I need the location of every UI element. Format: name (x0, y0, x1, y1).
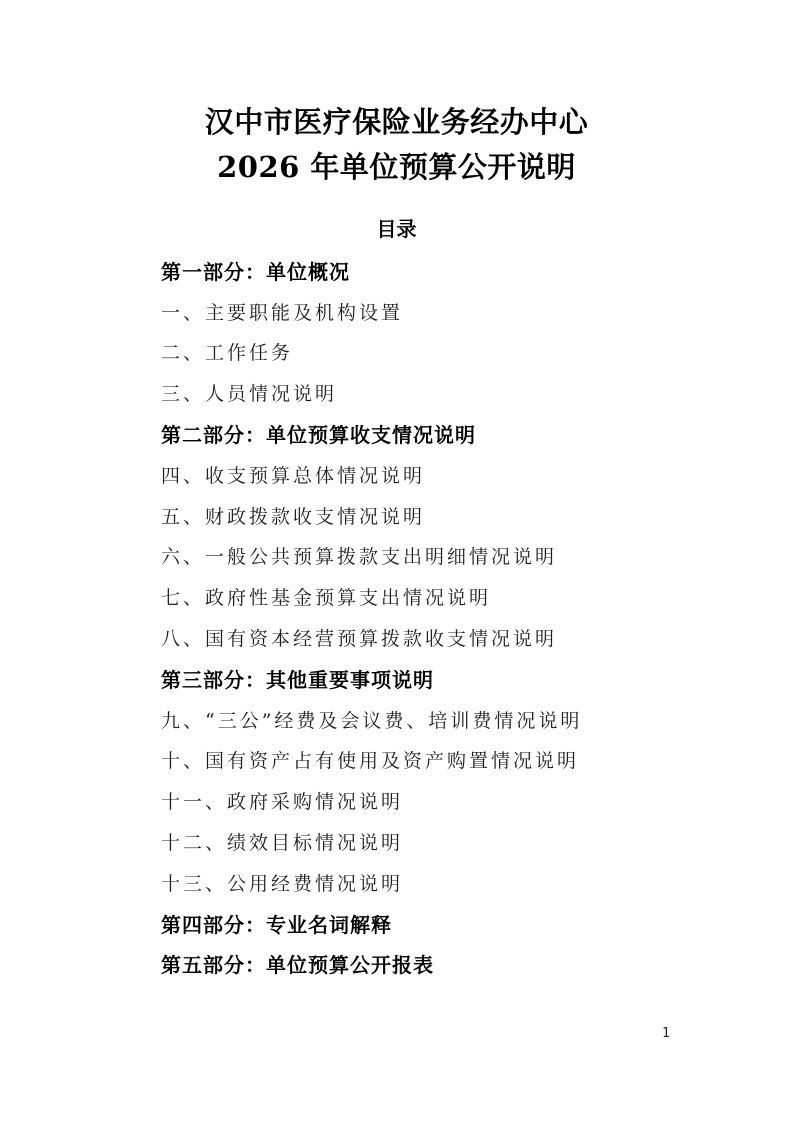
toc-section-part1: 第一部分：单位概况 (161, 250, 793, 291)
toc-item-10: 十、国有资产占有使用及资产购置情况说明 (161, 740, 793, 781)
toc-item-7: 七、政府性基金预算支出情况说明 (161, 576, 793, 617)
toc-item-3: 三、人员情况说明 (161, 372, 793, 413)
table-of-contents: 第一部分：单位概况 一、主要职能及机构设置 二、工作任务 三、人员情况说明 第二… (161, 250, 793, 984)
toc-item-1: 一、主要职能及机构设置 (161, 291, 793, 332)
toc-item-13: 十三、公用经费情况说明 (161, 862, 793, 903)
title-line-2: 2026 年单位预算公开说明 (0, 145, 793, 190)
toc-item-9: 九、“三公”经费及会议费、培训费情况说明 (161, 699, 793, 740)
toc-item-5: 五、财政拨款收支情况说明 (161, 495, 793, 536)
toc-item-2: 二、工作任务 (161, 332, 793, 373)
toc-item-11: 十一、政府采购情况说明 (161, 780, 793, 821)
document-page: 汉中市医疗保险业务经办中心 2026 年单位预算公开说明 目录 第一部分：单位概… (0, 0, 793, 1122)
document-title: 汉中市医疗保险业务经办中心 2026 年单位预算公开说明 (0, 0, 793, 190)
toc-section-part2: 第二部分：单位预算收支情况说明 (161, 413, 793, 454)
toc-section-part5: 第五部分：单位预算公开报表 (161, 944, 793, 985)
title-line-1: 汉中市医疗保险业务经办中心 (0, 100, 793, 145)
toc-item-8: 八、国有资本经营预算拨款收支情况说明 (161, 617, 793, 658)
toc-heading: 目录 (0, 216, 793, 242)
toc-item-12: 十二、绩效目标情况说明 (161, 821, 793, 862)
page-number: 1 (662, 1026, 670, 1041)
toc-item-4: 四、收支预算总体情况说明 (161, 454, 793, 495)
toc-section-part3: 第三部分：其他重要事项说明 (161, 658, 793, 699)
toc-item-6: 六、一般公共预算拨款支出明细情况说明 (161, 536, 793, 577)
toc-section-part4: 第四部分：专业名词解释 (161, 903, 793, 944)
